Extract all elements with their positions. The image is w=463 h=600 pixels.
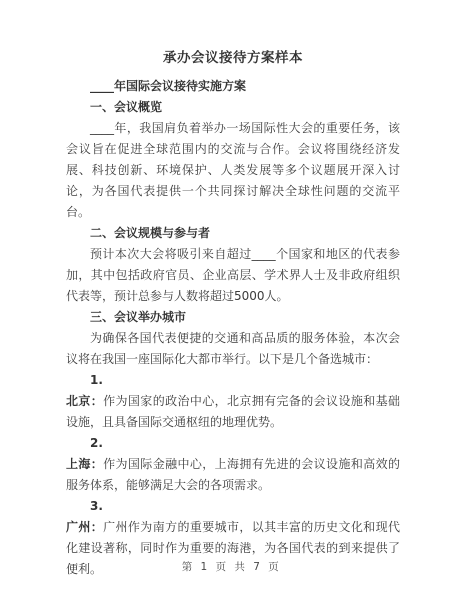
section-paragraph-2: 预计本次大会将吸引来自超过____个国家和地区的代表参加，其中包括政府官员、企业…	[66, 244, 400, 307]
section-paragraph-3: 为确保各国代表便捷的交通和高品质的服务体验，本次会议将在我国一座国际化大都市举行…	[66, 328, 400, 370]
city-label-guangzhou: 广州：	[66, 520, 103, 534]
list-item-number-2: 2.	[66, 433, 400, 454]
document-content: 承办会议接待方案样本 ____年国际会议接待实施方案 一、会议概览 ____年，…	[0, 0, 463, 580]
city-text-shanghai: 作为国际金融中心，上海拥有先进的会议设施和高效的服务体系，能够满足大会的各项需求…	[66, 457, 400, 492]
city-label-beijing: 北京：	[66, 394, 103, 408]
list-item-beijing: 北京：作为国家的政治中心，北京拥有完备的会议设施和基础设施，且具备国际交通枢纽的…	[66, 391, 400, 433]
list-item-number-1: 1.	[66, 370, 400, 391]
page-footer: 第 1 页 共 7 页	[0, 559, 463, 574]
section-heading-3: 三、会议举办城市	[66, 307, 400, 328]
list-item-number-3: 3.	[66, 496, 400, 517]
document-page: 承办会议接待方案样本 ____年国际会议接待实施方案 一、会议概览 ____年，…	[0, 0, 463, 600]
document-subtitle: ____年国际会议接待实施方案	[66, 76, 400, 97]
section-heading-2: 二、会议规模与参与者	[66, 223, 400, 244]
section-heading-1: 一、会议概览	[66, 97, 400, 118]
list-item-shanghai: 上海：作为国际金融中心，上海拥有先进的会议设施和高效的服务体系，能够满足大会的各…	[66, 454, 400, 496]
document-title: 承办会议接待方案样本	[66, 46, 400, 70]
section-paragraph-1: ____年，我国肩负着举办一场国际性大会的重要任务，该会议旨在促进全球范围内的交…	[66, 118, 400, 223]
city-label-shanghai: 上海：	[66, 457, 103, 471]
city-text-beijing: 作为国家的政治中心，北京拥有完备的会议设施和基础设施，且具备国际交通枢纽的地理优…	[66, 394, 400, 429]
